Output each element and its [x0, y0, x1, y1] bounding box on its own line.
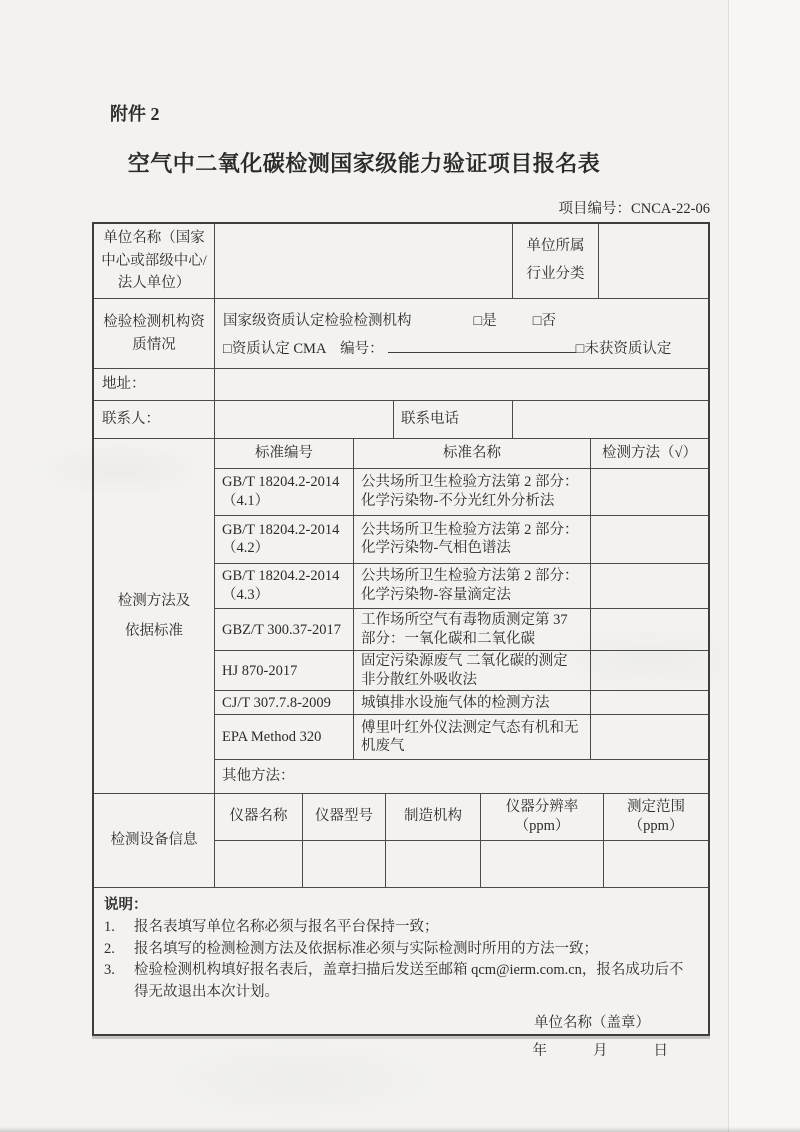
qualification-row: 检验检测机构资 质情况 国家级资质认定检验检测机构 □是 □否 □资质认定 CM… [94, 299, 708, 369]
scanned-page: 附件 2 空气中二氧化碳检测国家级能力验证项目报名表 项目编号：CNCA-22-… [0, 0, 800, 1132]
phone-input-cell [513, 401, 708, 438]
qualification-label-cell: 检验检测机构资 质情况 [94, 299, 215, 368]
standard-name: 傅里叶红外仪法测定气态有机和无机废气 [354, 715, 591, 759]
standard-code: CJ/T 307.7.8-2009 [215, 691, 354, 714]
column-resolution: 仪器分辨率 （ppm） [481, 794, 604, 840]
note-number: 3. [104, 960, 134, 1004]
standard-code: GB/T 18204.2-2014 （4.1） [215, 469, 354, 515]
cma-number-blank [388, 339, 576, 353]
contact-person-input-cell [215, 401, 394, 438]
equipment-data-row [215, 841, 708, 888]
national-accreditation-text: 国家级资质认定检验检测机构 [223, 309, 412, 330]
day-label: 日 [654, 1041, 669, 1063]
notes-title: 说明： [104, 895, 696, 917]
standard-code: EPA Method 320 [215, 715, 354, 759]
no-qualification-checkbox: □未获资质认定 [576, 337, 672, 358]
equipment-section-label: 检测设备信息 [94, 794, 215, 887]
note-text: 报名填写的检测检测方法及依据标准必须与实际检测时所用的方法一致； [134, 939, 696, 961]
note-number: 1. [104, 917, 134, 939]
year-label: 年 [533, 1041, 548, 1063]
method-check-cell [591, 469, 708, 515]
methods-header-row: 标准编号 标准名称 检测方法（√） [215, 439, 708, 469]
equipment-section: 检测设备信息 仪器名称 仪器型号 制造机构 仪器分辨率 （ppm） 测定范围 （… [94, 794, 708, 888]
column-manufacturer: 制造机构 [386, 794, 481, 840]
unit-name-input-cell [215, 224, 513, 298]
method-check-cell [591, 516, 708, 563]
standard-code: GBZ/T 300.37-2017 [215, 609, 354, 650]
standard-row: EPA Method 320 傅里叶红外仪法测定气态有机和无机废气 [215, 715, 708, 760]
standard-code: HJ 870-2017 [215, 651, 354, 690]
column-standard-code: 标准编号 [215, 439, 354, 468]
address-label-cell: 地址： [94, 369, 215, 400]
note-number: 2. [104, 939, 134, 961]
date-line: 年 月 日 [104, 1041, 696, 1063]
standard-name: 工作场所空气有毒物质测定第 37 部分：一氧化碳和二氧化碳 [354, 609, 591, 650]
column-instrument-name: 仪器名称 [215, 794, 303, 840]
month-label: 月 [593, 1041, 608, 1063]
phone-label-cell: 联系电话 [394, 401, 513, 438]
standard-name: 城镇排水设施气体的检测方法 [354, 691, 591, 714]
note-item: 1. 报名表填写单位名称必须与报名平台保持一致； [104, 917, 696, 939]
unit-name-label-cell: 单位名称（国家 中心或部级中心/ 法人单位） [94, 224, 215, 298]
manufacturer-cell [386, 841, 481, 888]
note-item: 3. 检验检测机构填好报名表后，盖章扫描后发送至邮箱 qcm@ierm.com.… [104, 960, 696, 1004]
standard-row: GB/T 18204.2-2014 （4.2） 公共场所卫生检验方法第 2 部分… [215, 516, 708, 564]
column-instrument-model: 仪器型号 [303, 794, 386, 840]
instrument-model-cell [303, 841, 386, 888]
project-number-line: 项目编号：CNCA-22-06 [0, 197, 710, 218]
method-check-cell [591, 715, 708, 759]
method-check-cell [591, 609, 708, 650]
standard-name: 固定污染源废气 二氧化碳的测定 非分散红外吸收法 [354, 651, 591, 690]
standard-row: GB/T 18204.2-2014 （4.1） 公共场所卫生检验方法第 2 部分… [215, 469, 708, 516]
address-input-cell [215, 369, 708, 400]
standard-row: HJ 870-2017 固定污染源废气 二氧化碳的测定 非分散红外吸收法 [215, 651, 708, 691]
column-standard-name: 标准名称 [354, 439, 591, 468]
standard-name: 公共场所卫生检验方法第 2 部分：化学污染物-气相色谱法 [354, 516, 591, 563]
qualification-line-2: □资质认定 CMA 编号： □未获资质认定 [223, 337, 700, 358]
standard-row: CJ/T 307.7.8-2009 城镇排水设施气体的检测方法 [215, 691, 708, 715]
scan-edge-right [728, 0, 800, 1132]
standard-code: GB/T 18204.2-2014 （4.3） [215, 564, 354, 609]
standard-name: 公共场所卫生检验方法第 2 部分：化学污染物-不分光红外分析法 [354, 469, 591, 515]
contact-person-label-cell: 联系人： [94, 401, 215, 438]
address-row: 地址： [94, 369, 708, 401]
industry-label-cell: 单位所属 行业分类 [513, 224, 599, 298]
page-title: 空气中二氧化碳检测国家级能力验证项目报名表 [0, 147, 728, 178]
contact-row: 联系人： 联系电话 [94, 401, 708, 439]
registration-form-table: 单位名称（国家 中心或部级中心/ 法人单位） 单位所属 行业分类 检验检测机构资… [92, 222, 710, 1036]
standard-row: GB/T 18204.2-2014 （4.3） 公共场所卫生检验方法第 2 部分… [215, 564, 708, 610]
qualification-content-cell: 国家级资质认定检验检测机构 □是 □否 □资质认定 CMA 编号： □未获资质认… [215, 299, 708, 368]
methods-section-label: 检测方法及 依据标准 [94, 439, 215, 793]
note-text: 报名表填写单位名称必须与报名平台保持一致； [134, 917, 696, 939]
standard-row: GBZ/T 300.37-2017 工作场所空气有毒物质测定第 37 部分：一氧… [215, 609, 708, 651]
method-check-cell [591, 564, 708, 609]
no-checkbox: □否 [533, 309, 556, 330]
project-number-label: 项目编号： [559, 201, 632, 217]
industry-input-cell [599, 224, 708, 298]
equipment-header-row: 仪器名称 仪器型号 制造机构 仪器分辨率 （ppm） 测定范围 （ppm） [215, 794, 708, 841]
attachment-label: 附件 2 [110, 100, 160, 126]
column-detection-method: 检测方法（√） [591, 439, 708, 468]
standard-name: 公共场所卫生检验方法第 2 部分：化学污染物-容量滴定法 [354, 564, 591, 609]
note-text: 检验检测机构填好报名表后，盖章扫描后发送至邮箱 qcm@ierm.com.cn，… [134, 960, 696, 1004]
methods-section: 检测方法及 依据标准 标准编号 标准名称 检测方法（√） GB/T 18204.… [94, 439, 708, 794]
standard-code: GB/T 18204.2-2014 （4.2） [215, 516, 354, 563]
resolution-cell [481, 841, 604, 888]
qualification-line-1: 国家级资质认定检验检测机构 □是 □否 [223, 309, 700, 330]
note-item: 2. 报名填写的检测检测方法及依据标准必须与实际检测时所用的方法一致； [104, 939, 696, 961]
instrument-name-cell [215, 841, 303, 888]
method-check-cell [591, 691, 708, 714]
range-cell [604, 841, 708, 888]
method-check-cell [591, 651, 708, 690]
other-methods-row: 其他方法： [215, 760, 708, 793]
column-range: 测定范围 （ppm） [604, 794, 708, 840]
scan-edge-bottom [0, 1127, 800, 1132]
project-number-value: CNCA-22-06 [631, 201, 710, 217]
unit-name-row: 单位名称（国家 中心或部级中心/ 法人单位） 单位所属 行业分类 [94, 224, 708, 299]
stamp-label: 单位名称（盖章） [104, 1013, 696, 1035]
notes-section: 说明： 1. 报名表填写单位名称必须与报名平台保持一致； 2. 报名填写的检测检… [94, 888, 708, 1034]
cma-checkbox-label: □资质认定 CMA 编号： [223, 337, 384, 358]
yes-checkbox: □是 [474, 309, 497, 330]
other-methods-cell: 其他方法： [215, 760, 708, 793]
